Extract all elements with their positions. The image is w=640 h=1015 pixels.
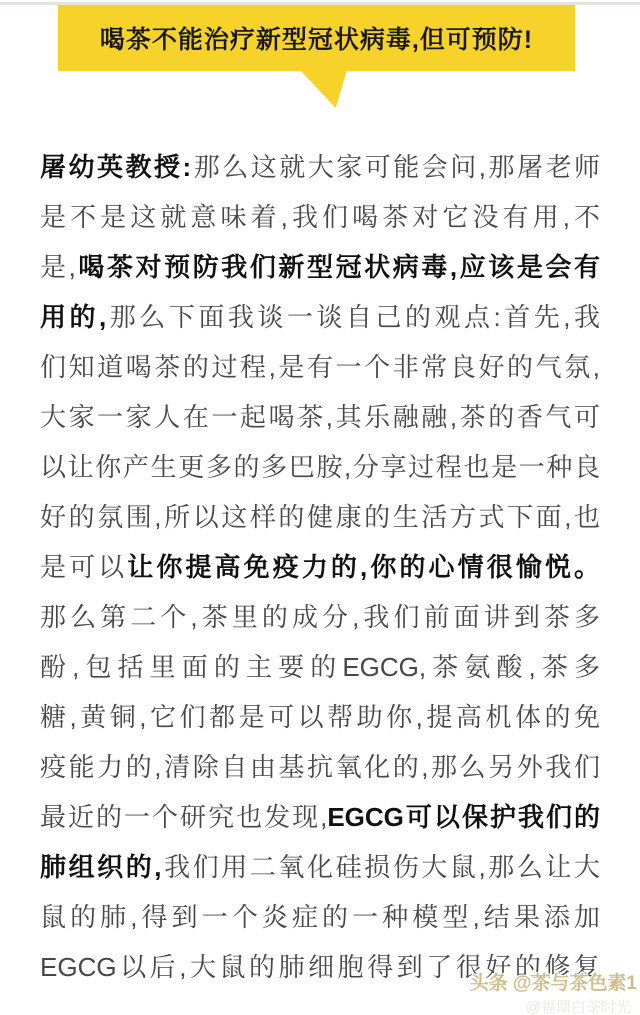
banner-tail xyxy=(300,70,347,108)
text-segment: 好的氛围,所以这样的健康的生活方式下面,也 xyxy=(40,502,600,532)
text-segment-bold: EGCG可以保护我们的 xyxy=(327,802,600,832)
text-line: 好的氛围,所以这样的健康的生活方式下面,也 xyxy=(40,492,600,542)
text-segment: 以让你产生更多的多巴胺,分享过程也是一种良 xyxy=(40,452,600,482)
text-line: 最近的一个研究也发现,EGCG可以保护我们的 xyxy=(40,792,600,842)
text-segment-bold: 肺组织的, xyxy=(40,852,162,882)
text-line: EGCG以后,大鼠的肺细胞得到了很好的修复 xyxy=(40,942,600,992)
text-line: 是可以让你提高免疫力的,你的心情很愉悦。 xyxy=(40,542,600,592)
text-line: 以让你产生更多的多巴胺,分享过程也是一种良 xyxy=(40,442,600,492)
text-segment: 是, xyxy=(40,252,76,282)
text-segment: 糖,黄铜,它们都是可以帮助你,提高机体的免 xyxy=(40,702,600,732)
text-segment: 我们用二氧化硅损伤大鼠,那么让大 xyxy=(162,852,600,882)
text-segment-bold: 屠幼英教授: xyxy=(40,152,191,182)
watermark-secondary: @福鼎白茶时光 xyxy=(470,996,631,1015)
text-line: 鼠的肺,得到一个炎症的一种模型,结果添加 xyxy=(40,892,600,942)
text-segment: 那么下面我谈一谈自己的观点:首先,我 xyxy=(106,302,600,332)
text-line: 疫能力的,清除自由基抗氧化的,那么另外我们 xyxy=(40,742,600,792)
text-segment: 疫能力的,清除自由基抗氧化的,那么另外我们 xyxy=(40,752,600,782)
article-text: 屠幼英教授:那么这就大家可能会问,那屠老师是不是这就意味着,我们喝茶对它没有用,… xyxy=(40,142,600,992)
text-line: 们知道喝茶的过程,是有一个非常良好的气氛, xyxy=(40,342,600,392)
text-segment: 是不是这就意味着,我们喝茶对它没有用,不 xyxy=(40,202,600,232)
text-line: 屠幼英教授:那么这就大家可能会问,那屠老师 xyxy=(40,142,600,192)
text-segment: 鼠的肺,得到一个炎症的一种模型,结果添加 xyxy=(40,902,600,932)
text-segment: 那么这就大家可能会问,那屠老师 xyxy=(191,152,600,182)
text-line: 酚,包括里面的主要的EGCG,茶氨酸,茶多 xyxy=(40,642,600,692)
text-segment-bold: 用的, xyxy=(40,302,106,332)
text-segment: 那么第二个,茶里的成分,我们前面讲到茶多 xyxy=(40,602,600,632)
text-segment: 大家一家人在一起喝茶,其乐融融,茶的香气可 xyxy=(40,402,600,432)
text-line: 大家一家人在一起喝茶,其乐融融,茶的香气可 xyxy=(40,392,600,442)
text-line: 糖,黄铜,它们都是可以帮助你,提高机体的免 xyxy=(40,692,600,742)
text-line: 是不是这就意味着,我们喝茶对它没有用,不 xyxy=(40,192,600,242)
text-line: 用的,那么下面我谈一谈自己的观点:首先,我 xyxy=(40,292,600,342)
headline-banner: 喝茶不能治疗新型冠状病毒,但可预防! xyxy=(58,5,575,71)
headline-text: 喝茶不能治疗新型冠状病毒,但可预防! xyxy=(100,20,533,56)
text-line: 那么第二个,茶里的成分,我们前面讲到茶多 xyxy=(40,592,600,642)
text-segment: EGCG以后,大鼠的肺细胞得到了很好的修复 xyxy=(40,952,600,982)
text-segment-bold: 喝茶对预防我们新型冠状病毒,应该是会有 xyxy=(76,252,600,282)
text-segment-bold: 让你提高免疫力的,你的心情很愉悦。 xyxy=(127,552,600,582)
text-segment: 酚,包括里面的主要的EGCG,茶氨酸,茶多 xyxy=(40,652,600,682)
text-segment: 最近的一个研究也发现, xyxy=(40,802,327,832)
text-segment: 们知道喝茶的过程,是有一个非常良好的气氛, xyxy=(40,352,600,382)
text-line: 是,喝茶对预防我们新型冠状病毒,应该是会有 xyxy=(40,242,600,292)
text-line: 肺组织的,我们用二氧化硅损伤大鼠,那么让大 xyxy=(40,842,600,892)
text-segment: 是可以 xyxy=(40,552,127,582)
